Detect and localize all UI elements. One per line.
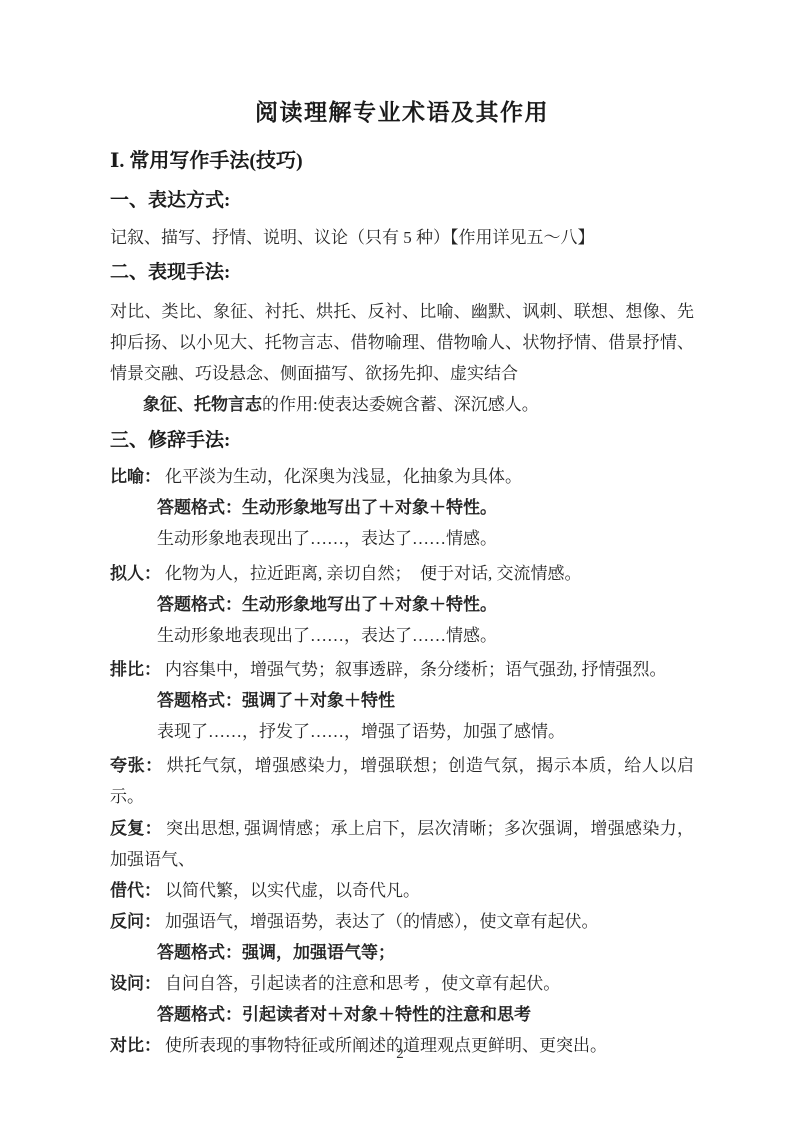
- definition-text: 化物为人，拉近距离, 亲切自然； 便于对话, 交流情感。: [165, 564, 582, 583]
- example-line: 生动形象地表现出了……，表达了……情感。: [110, 620, 694, 651]
- definition-term: 反复：: [110, 819, 162, 838]
- definition-term: 反问：: [110, 912, 161, 931]
- definition-text: 内容集中，增强气势；叙事透辟，条分缕析；语气强劲, 抒情强烈。: [165, 660, 667, 679]
- entry-kuazhang: 夸张：烘托气氛，增强感染力，增强联想；创造气氛，揭示本质，给人以启示。: [110, 750, 694, 812]
- definition-term: 设问：: [110, 974, 161, 993]
- definition-text: 自问自答，引起读者的注意和思考 ，使文章有起伏。: [165, 974, 560, 993]
- definition-line: 反复：突出思想, 强调情感；承上启下，层次清晰；多次强调，增强感染力，加强语气、: [110, 813, 694, 875]
- definition-text: 烘托气氛，增强感染力，增强联想；创造气氛，揭示本质，给人以启示。: [110, 756, 694, 806]
- definition-line: 设问：自问自答，引起读者的注意和思考 ，使文章有起伏。: [110, 968, 694, 999]
- presentation-techniques-body: 对比、类比、象征、衬托、烘托、反衬、比喻、幽默、讽刺、联想、想像、先抑后扬、以小…: [110, 296, 694, 389]
- answer-format-line: 答题格式：引起读者对＋对象＋特性的注意和思考: [110, 999, 694, 1030]
- answer-format-line: 答题格式：强调了＋对象＋特性: [110, 685, 694, 716]
- heading-part1: Ⅰ. 常用写作手法(技巧): [110, 146, 694, 177]
- definition-text: 以简代繁，以实代虚，以奇代凡。: [165, 881, 420, 900]
- definition-line: 夸张：烘托气氛，增强感染力，增强联想；创造气氛，揭示本质，给人以启示。: [110, 750, 694, 812]
- entry-biyu: 比喻：化平淡为生动，化深奥为浅显，化抽象为具体。 答题格式：生动形象地写出了＋对…: [110, 461, 694, 554]
- page-number: 2: [0, 1045, 800, 1063]
- definition-term: 比喻：: [110, 467, 161, 486]
- heading-expression-methods: 一、表达方式:: [110, 186, 694, 215]
- example-line: 生动形象地表现出了……，表达了……情感。: [110, 523, 694, 554]
- answer-format-line: 答题格式：生动形象地写出了＋对象＋特性。: [110, 589, 694, 620]
- definition-term: 夸张：: [110, 756, 163, 775]
- definition-line: 比喻：化平淡为生动，化深奥为浅显，化抽象为具体。: [110, 461, 694, 492]
- entry-fanfu: 反复：突出思想, 强调情感；承上启下，层次清晰；多次强调，增强感染力，加强语气、: [110, 813, 694, 875]
- heading-presentation-techniques: 二、表现手法:: [110, 258, 694, 287]
- entry-niren: 拟人：化物为人，拉近距离, 亲切自然； 便于对话, 交流情感。 答题格式：生动形…: [110, 558, 694, 651]
- answer-format-line: 答题格式：强调，加强语气等；: [110, 937, 694, 968]
- expression-methods-body: 记叙、描写、抒情、说明、议论（只有 5 种）【作用详见五～八】: [110, 222, 694, 253]
- definition-term: 借代：: [110, 881, 161, 900]
- answer-format-line: 答题格式：生动形象地写出了＋对象＋特性。: [110, 492, 694, 523]
- doc-title: 阅读理解专业术语及其作用: [110, 0, 694, 130]
- symbolism-note-rest: 的作用:使表达委婉含蓄、深沉感人。: [262, 395, 539, 414]
- example-line: 表现了……，抒发了……，增强了语势，加强了感情。: [110, 716, 694, 747]
- entry-jiedai: 借代：以简代繁，以实代虚，以奇代凡。: [110, 875, 694, 906]
- definition-line: 拟人：化物为人，拉近距离, 亲切自然； 便于对话, 交流情感。: [110, 558, 694, 589]
- symbolism-note-bold: 象征、托物言志: [143, 395, 262, 414]
- definition-text: 突出思想, 强调情感；承上启下，层次清晰；多次强调，增强感染力，加强语气、: [110, 819, 694, 869]
- document-page: 阅读理解专业术语及其作用 Ⅰ. 常用写作手法(技巧) 一、表达方式: 记叙、描写…: [0, 0, 800, 1131]
- definition-text: 化平淡为生动，化深奥为浅显，化抽象为具体。: [165, 467, 522, 486]
- entry-shewen: 设问：自问自答，引起读者的注意和思考 ，使文章有起伏。 答题格式：引起读者对＋对…: [110, 968, 694, 1030]
- entry-fanwen: 反问：加强语气，增强语势，表达了（的情感），使文章有起伏。 答题格式：强调，加强…: [110, 906, 694, 968]
- entry-paibi: 排比：内容集中，增强气势；叙事透辟，条分缕析；语气强劲, 抒情强烈。 答题格式：…: [110, 654, 694, 747]
- heading-rhetoric-devices: 三、修辞手法:: [110, 426, 694, 455]
- definition-line: 排比：内容集中，增强气势；叙事透辟，条分缕析；语气强劲, 抒情强烈。: [110, 654, 694, 685]
- document-content: 阅读理解专业术语及其作用 Ⅰ. 常用写作手法(技巧) 一、表达方式: 记叙、描写…: [110, 0, 694, 1061]
- definition-line: 反问：加强语气，增强语势，表达了（的情感），使文章有起伏。: [110, 906, 694, 937]
- definition-term: 拟人：: [110, 564, 161, 583]
- definition-term: 排比：: [110, 660, 161, 679]
- definition-line: 借代：以简代繁，以实代虚，以奇代凡。: [110, 875, 694, 906]
- definition-text: 加强语气，增强语势，表达了（的情感），使文章有起伏。: [165, 912, 599, 931]
- symbolism-note: 象征、托物言志的作用:使表达委婉含蓄、深沉感人。: [110, 389, 694, 420]
